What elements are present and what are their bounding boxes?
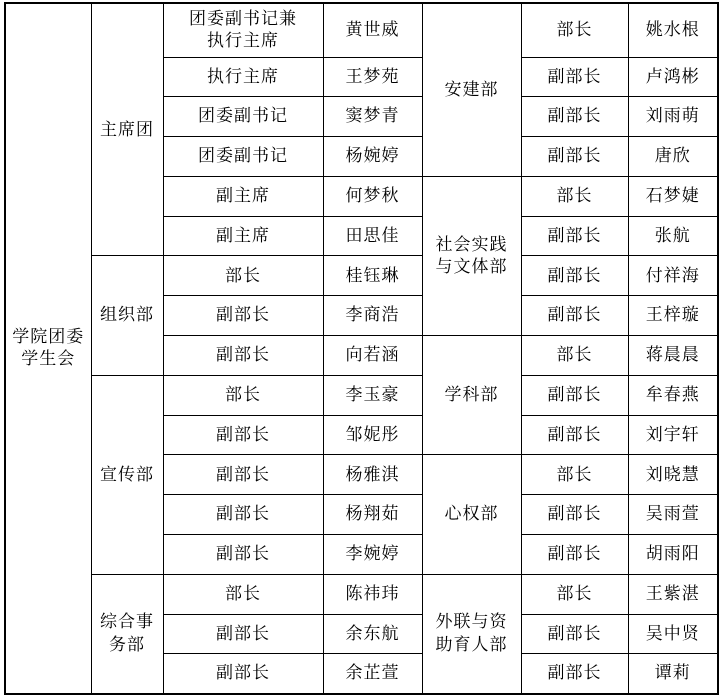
left-name-cell: 李玉豪 xyxy=(323,375,422,415)
right-position-cell: 部长 xyxy=(521,455,628,495)
left-name-cell: 桂钰琳 xyxy=(323,256,422,296)
right-name-cell: 王紫湛 xyxy=(628,574,718,614)
table-row: 综合事 务部部长陈祎玮外联与资 助育人部部长王紫湛 xyxy=(5,574,718,614)
left-name-cell: 向若涵 xyxy=(323,336,422,376)
right-position-cell: 部长 xyxy=(521,336,628,376)
left-position-cell: 副部长 xyxy=(163,614,323,654)
right-name-cell: 卢鸿彬 xyxy=(628,57,718,97)
root-org-cell: 学院团委 学生会 xyxy=(5,3,91,694)
right-name-cell: 张航 xyxy=(628,216,718,256)
right-name-cell: 姚水根 xyxy=(628,3,718,57)
left-name-cell: 杨翔茹 xyxy=(323,495,422,535)
right-position-cell: 副部长 xyxy=(521,495,628,535)
table-body: 学院团委 学生会主席团团委副书记兼 执行主席黄世威安建部部长姚水根执行主席王梦苑… xyxy=(5,3,718,694)
left-position-cell: 副部长 xyxy=(163,535,323,575)
right-position-cell: 部长 xyxy=(521,176,628,216)
left-department-cell: 组织部 xyxy=(91,256,163,375)
right-position-cell: 副部长 xyxy=(521,216,628,256)
left-name-cell: 余芷萱 xyxy=(323,654,422,694)
right-department-cell: 外联与资 助育人部 xyxy=(422,574,521,693)
right-position-cell: 副部长 xyxy=(521,57,628,97)
right-position-cell: 副部长 xyxy=(521,654,628,694)
org-structure-table: 学院团委 学生会主席团团委副书记兼 执行主席黄世威安建部部长姚水根执行主席王梦苑… xyxy=(4,2,719,695)
right-name-cell: 吴雨萱 xyxy=(628,495,718,535)
right-name-cell: 刘晓慧 xyxy=(628,455,718,495)
right-position-cell: 副部长 xyxy=(521,614,628,654)
left-department-cell: 综合事 务部 xyxy=(91,574,163,693)
right-position-cell: 副部长 xyxy=(521,256,628,296)
left-department-cell: 主席团 xyxy=(91,3,163,256)
right-name-cell: 吴中贤 xyxy=(628,614,718,654)
right-position-cell: 部长 xyxy=(521,3,628,57)
left-name-cell: 何梦秋 xyxy=(323,176,422,216)
right-position-cell: 副部长 xyxy=(521,296,628,336)
right-name-cell: 付祥海 xyxy=(628,256,718,296)
right-department-cell: 社会实践 与文体部 xyxy=(422,176,521,335)
right-name-cell: 蒋晨晨 xyxy=(628,336,718,376)
table-row: 宣传部部长李玉豪副部长牟春燕 xyxy=(5,375,718,415)
left-name-cell: 余东航 xyxy=(323,614,422,654)
table-row: 组织部部长桂钰琳副部长付祥海 xyxy=(5,256,718,296)
left-position-cell: 团委副书记兼 执行主席 xyxy=(163,3,323,57)
right-position-cell: 副部长 xyxy=(521,375,628,415)
right-position-cell: 副部长 xyxy=(521,97,628,137)
right-department-cell: 安建部 xyxy=(422,3,521,176)
left-position-cell: 副主席 xyxy=(163,176,323,216)
left-name-cell: 窦梦青 xyxy=(323,97,422,137)
right-name-cell: 石梦婕 xyxy=(628,176,718,216)
left-name-cell: 陈祎玮 xyxy=(323,574,422,614)
left-name-cell: 李商浩 xyxy=(323,296,422,336)
left-position-cell: 副部长 xyxy=(163,495,323,535)
left-name-cell: 李婉婷 xyxy=(323,535,422,575)
left-position-cell: 部长 xyxy=(163,375,323,415)
left-position-cell: 副部长 xyxy=(163,455,323,495)
right-position-cell: 副部长 xyxy=(521,535,628,575)
left-position-cell: 副部长 xyxy=(163,336,323,376)
left-position-cell: 副主席 xyxy=(163,216,323,256)
right-name-cell: 牟春燕 xyxy=(628,375,718,415)
document-page: 学院团委 学生会主席团团委副书记兼 执行主席黄世威安建部部长姚水根执行主席王梦苑… xyxy=(0,0,721,698)
right-name-cell: 谭莉 xyxy=(628,654,718,694)
left-name-cell: 王梦苑 xyxy=(323,57,422,97)
left-name-cell: 邹妮彤 xyxy=(323,415,422,455)
right-position-cell: 部长 xyxy=(521,574,628,614)
right-position-cell: 副部长 xyxy=(521,415,628,455)
left-position-cell: 部长 xyxy=(163,256,323,296)
left-position-cell: 部长 xyxy=(163,574,323,614)
right-name-cell: 刘雨萌 xyxy=(628,97,718,137)
left-name-cell: 杨婉婷 xyxy=(323,137,422,177)
right-name-cell: 刘宇轩 xyxy=(628,415,718,455)
left-position-cell: 团委副书记 xyxy=(163,137,323,177)
right-name-cell: 唐欣 xyxy=(628,137,718,177)
table-row: 学院团委 学生会主席团团委副书记兼 执行主席黄世威安建部部长姚水根 xyxy=(5,3,718,57)
left-position-cell: 执行主席 xyxy=(163,57,323,97)
right-department-cell: 学科部 xyxy=(422,336,521,455)
left-name-cell: 田思佳 xyxy=(323,216,422,256)
right-name-cell: 胡雨阳 xyxy=(628,535,718,575)
right-position-cell: 副部长 xyxy=(521,137,628,177)
right-name-cell: 王梓璇 xyxy=(628,296,718,336)
left-name-cell: 黄世威 xyxy=(323,3,422,57)
right-department-cell: 心权部 xyxy=(422,455,521,574)
left-position-cell: 团委副书记 xyxy=(163,97,323,137)
left-position-cell: 副部长 xyxy=(163,654,323,694)
left-name-cell: 杨雅淇 xyxy=(323,455,422,495)
left-position-cell: 副部长 xyxy=(163,296,323,336)
left-department-cell: 宣传部 xyxy=(91,375,163,574)
left-position-cell: 副部长 xyxy=(163,415,323,455)
